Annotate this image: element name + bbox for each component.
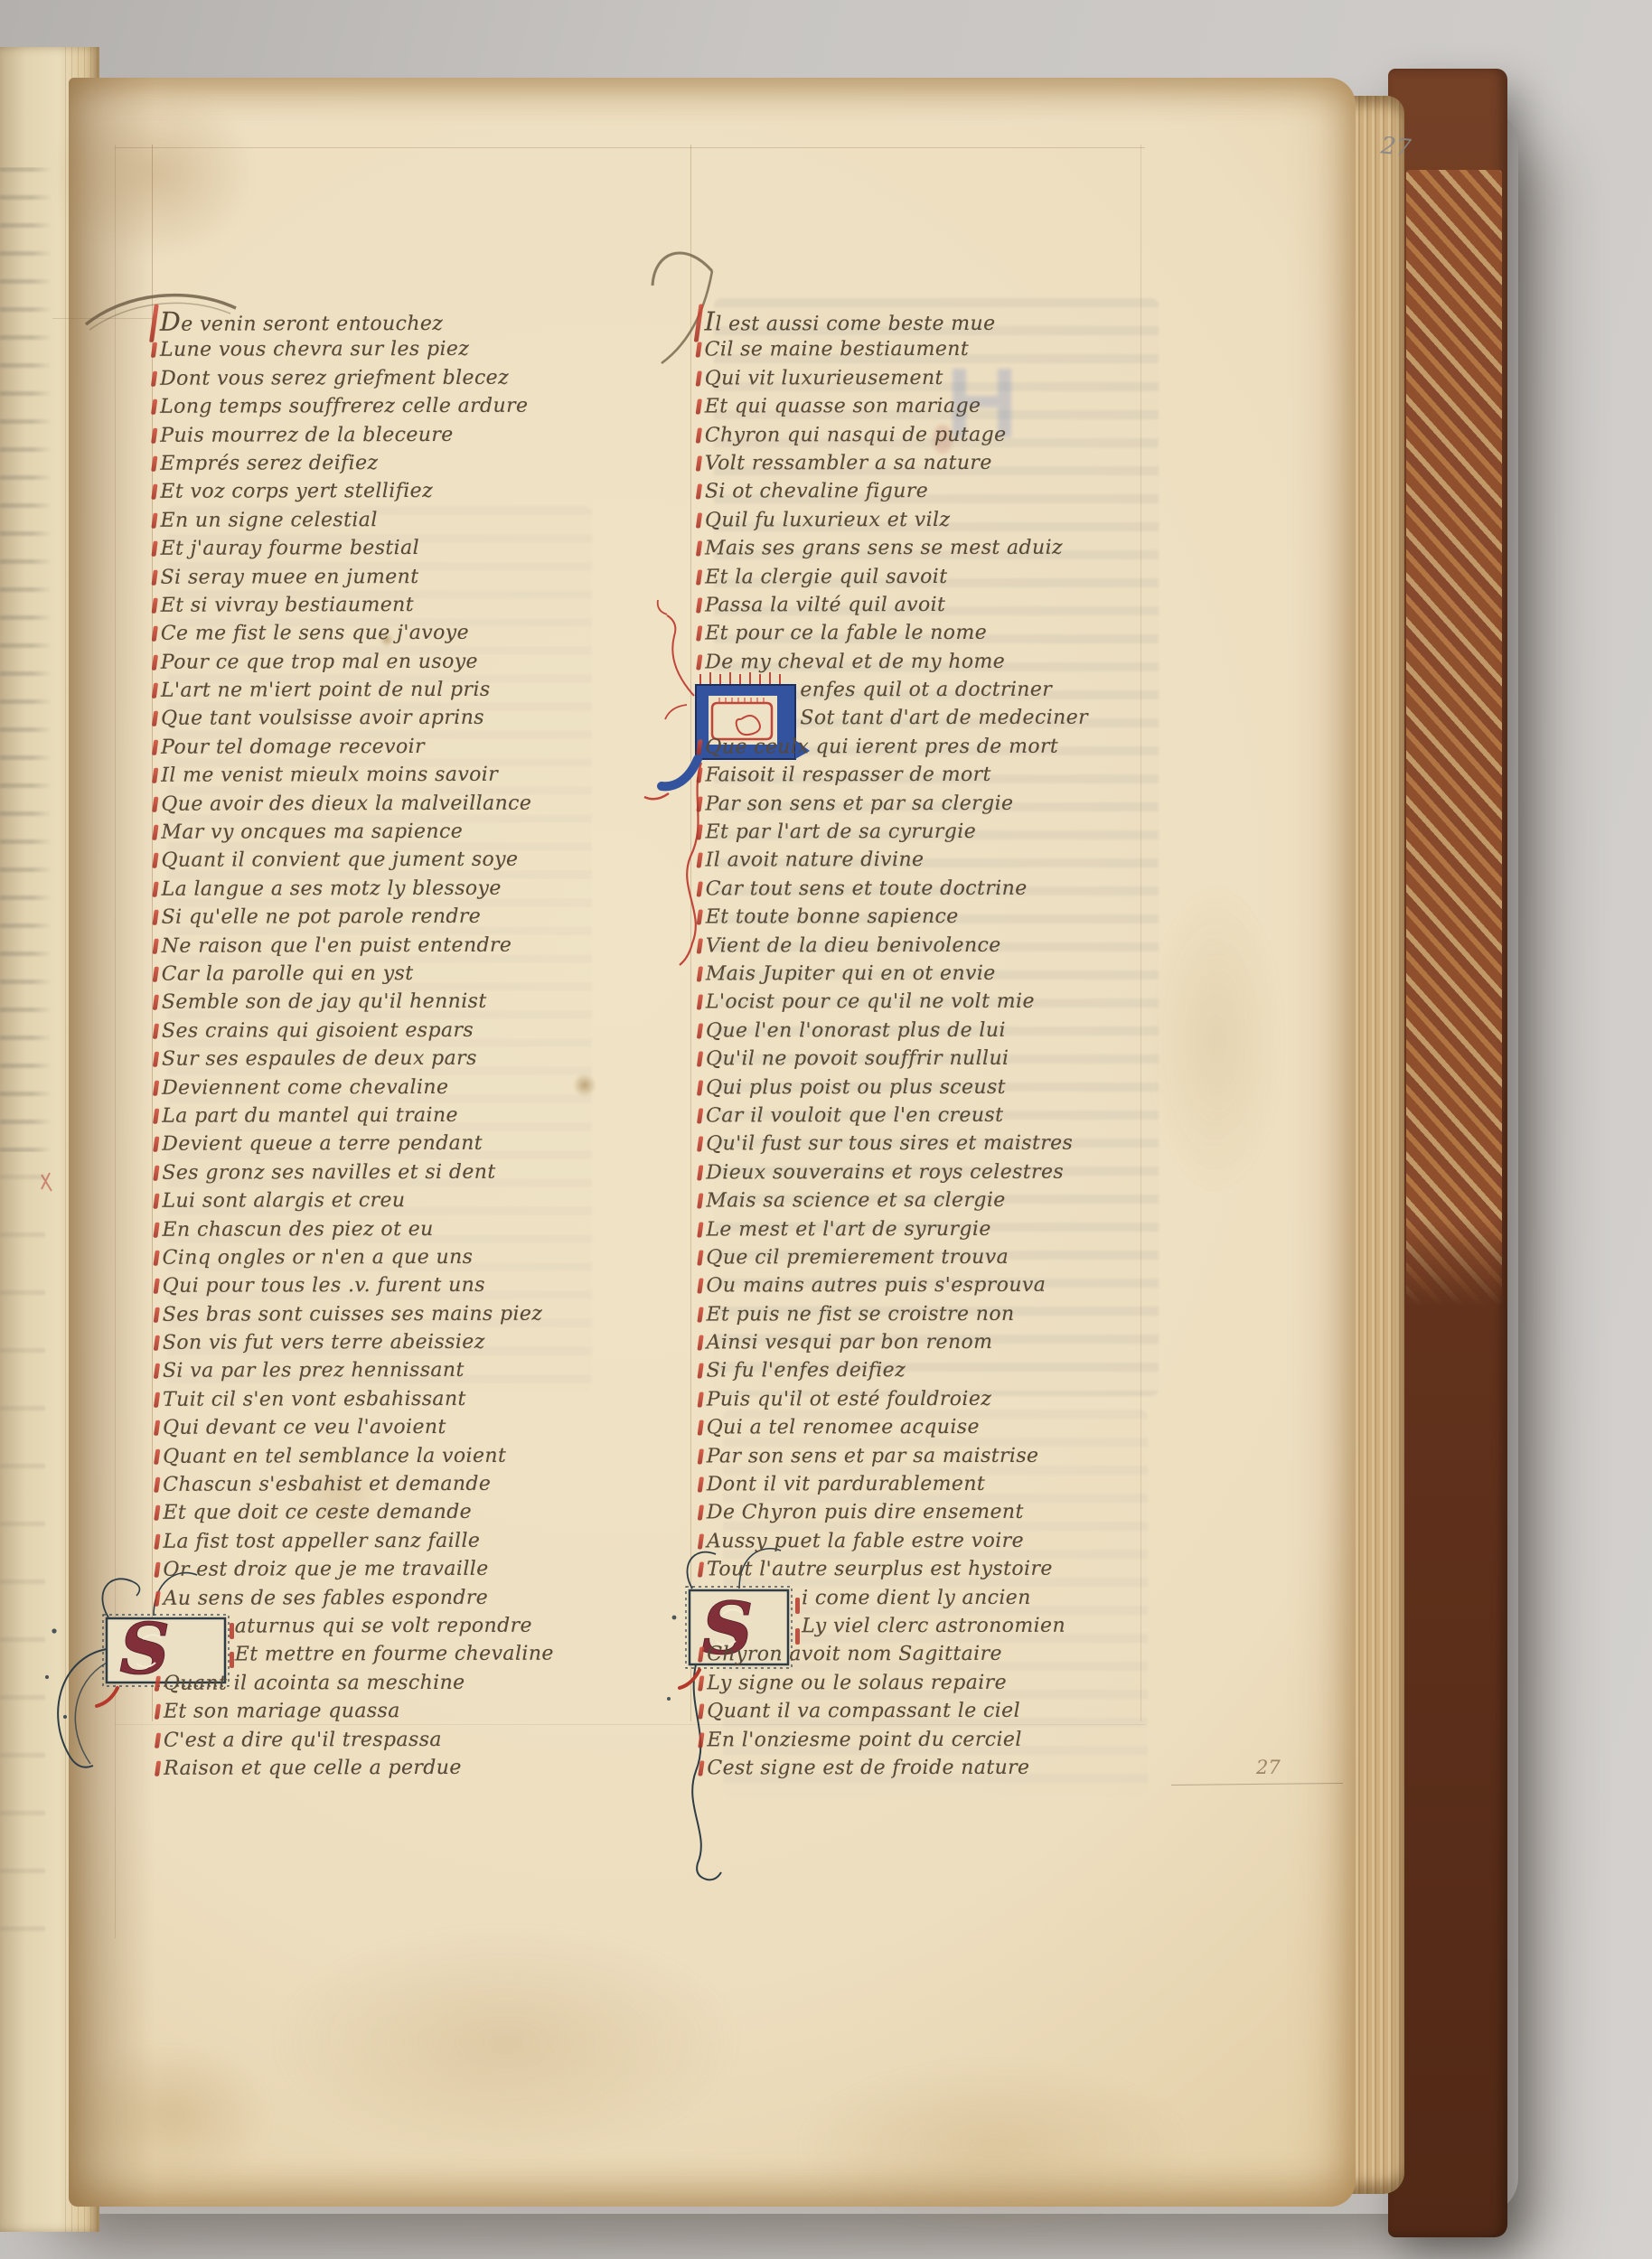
manuscript-line: Par son sens et par sa clergie [698,789,1168,818]
manuscript-line: Car il vouloit que l'en creust [698,1101,1168,1129]
manuscript-line: Long temps souffrerez celle ardure [152,391,685,421]
text-column-right: Il est aussi come beste mueCil se maine … [697,307,1169,1783]
manuscript-line: Quil fu luxurieux et vilz [697,505,1167,534]
manuscript-line: Devient queue a terre pendant [154,1129,687,1159]
manuscript-line: Passa la vilté quil avoit [697,590,1167,619]
manuscript-line: Tuit cil s'en vont esbahissant [155,1384,688,1414]
manuscript-line: Puis qu'il ot esté fouldroiez [699,1384,1169,1413]
folio-number-ink: 27 [1256,1757,1281,1778]
manuscript-line: Or est droiz que je me travaille [155,1554,688,1584]
manuscript-line: Que avoir des dieux la malveillance [153,789,686,819]
manuscript-line: Si ot chevaline figure [697,477,1167,506]
manuscript-line: Ses bras sont cuisses ses mains piez [155,1299,688,1329]
manuscript-line: Volt ressambler a sa nature [697,449,1167,478]
manuscript-line: Qu'il fust sur tous sires et maistres [698,1129,1168,1158]
manuscript-line: C'est a dire qu'il trespassa [155,1725,689,1755]
manuscript-line: En l'onziesme point du cerciel [699,1725,1169,1754]
parchment-stain [795,2060,1193,2232]
manuscript-line: Et toute bonne sapience [698,903,1168,932]
manuscript-line: Au sens de ses fables espondre [155,1583,689,1613]
manuscript-line: La part du mantel qui traine [154,1101,687,1130]
manuscript-line: Emprés serez deifiez [152,448,685,478]
manuscript-line: Tout l'autre seurplus est hystoire [699,1555,1169,1584]
gutter-shadow [69,78,155,2207]
parchment-stain [54,87,253,258]
manuscript-line: Lui sont alargis et creu [154,1186,687,1215]
manuscript-line: Aussy puet la fable estre voire [699,1526,1169,1555]
manuscript-line: Ou mains autres puis s'esprouva [698,1271,1168,1300]
manuscript-line: Et j'auray fourme bestial [153,533,686,563]
manuscript-line: Quant il va compassant le ciel [699,1697,1169,1726]
parchment-stain [271,1925,741,2160]
manuscript-line: Car la parolle qui en yst [154,959,687,989]
manuscript-line: Car tout sens et toute doctrine [698,874,1168,903]
manuscript-line: Sur ses espaules de deux pars [154,1044,687,1073]
manuscript-line: enfes quil ot a doctriner [697,676,1167,705]
manuscript-line: Si va par les prez hennissant [155,1356,688,1386]
manuscript-line: i come dient ly ancien [699,1583,1169,1612]
manuscript-line: Que ceulx qui ierent pres de mort [697,732,1167,761]
manuscript-line: Que tant voulsisse avoir aprins [153,704,686,734]
manuscript-line: Quant en tel semblance la voient [155,1441,688,1471]
manuscript-line: Et pour ce la fable le nome [697,619,1167,648]
manuscript-line: Son vis fut vers terre abeissiez [155,1327,688,1357]
manuscript-line: Faisoit il respasser de mort [697,761,1167,790]
folio-number-pencil: 27 [1380,132,1413,162]
manuscript-line: Pour ce que trop mal en usoye [153,647,686,677]
manuscript-line: Raison et que celle a perdue [155,1753,689,1783]
manuscript-line: Et qui quasse son mariage [697,392,1167,421]
manuscript-line: Ainsi vesqui par bon renom [699,1328,1169,1357]
manuscript-line: Cil se maine bestiaument [697,335,1167,364]
manuscript-line: Qui pour tous les .v. furent uns [155,1271,688,1301]
manuscript-line: Qui plus poist ou plus sceust [698,1073,1168,1101]
manuscript-line: Il avoit nature divine [698,846,1168,875]
manuscript-line: Et par l'art de sa cyrurgie [698,818,1168,847]
manuscript-line: Qui vit luxurieusement [697,363,1167,392]
manuscript-line: Et si vivray bestiaument [153,590,686,620]
manuscript-line: Cest signe est de froide nature [699,1753,1169,1782]
manuscript-line: Et la clergie quil savoit [697,562,1167,591]
manuscript-line: Cinq ongles or n'en a que uns [155,1242,688,1272]
manuscript-line: Ses gronz ses navilles et si dent [154,1158,687,1187]
manuscript-line: Si fu l'enfes deifiez [699,1356,1169,1385]
manuscript-line: Ly signe ou le solaus repaire [699,1668,1169,1697]
manuscript-line: Ce me fist le sens que j'avoye [153,619,686,649]
manuscript-line: Quant il acointa sa meschine [155,1668,689,1698]
manuscript-line: Dont vous serez griefment blecez [152,363,685,393]
manuscript-line: Mais ses grans sens se mest aduiz [697,534,1167,563]
manuscript-line: Ly viel clerc astronomien [699,1612,1169,1641]
manuscript-line: En chascun des piez ot eu [154,1214,687,1244]
manuscript-line: Quant il convient que jument soye [153,846,686,876]
manuscript-line: Vient de la dieu benivolence [698,931,1168,960]
manuscript-line: Que l'en l'onorast plus de lui [698,1016,1168,1045]
manuscript-line: Et mettre en fourme chevaline [155,1640,689,1670]
manuscript-line: Ses crains qui gisoient espars [154,1016,687,1045]
book-cover-pattern [1406,170,1502,1307]
manuscript-line: Et son mariage quassa [155,1696,689,1726]
left-margin-bleedthrough [0,167,52,1152]
manuscript-line: Il me venist mieulx moins savoir [153,760,686,790]
manuscript-line: Puis mourrez de la bleceure [152,420,685,450]
manuscript-line: Qu'il ne povoit souffrir nullui [698,1045,1168,1073]
manuscript-line: Et puis ne fist se croistre non [698,1299,1168,1328]
manuscript-line: Et que doit ce ceste demande [155,1498,688,1528]
manuscript-line: Pour tel domage recevoir [153,732,686,762]
text-column-left: De venin seront entouchezLune vous chevr… [152,306,689,1783]
manuscript-line: Si qu'elle ne pot parole rendre [154,902,687,932]
manuscript-line: Dont il vit pardurablement [699,1470,1169,1499]
manuscript-line: En un signe celestial [152,505,685,535]
manuscript-line: La fist tost appeller sanz faille [155,1526,688,1556]
manuscript-line: De Chyron puis dire ensement [699,1498,1169,1527]
manuscript-line: Chyron qui nasqui de putage [697,420,1167,449]
manuscript-line: Deviennent come chevaline [154,1073,687,1102]
manuscript-line: L'art ne m'iert point de nul pris [153,675,686,705]
manuscript-line: Et voz corps yert stellifiez [152,477,685,507]
manuscript-line: Ne raison que l'en puist entendre [154,931,687,961]
ruling-line [115,147,1145,148]
manuscript-line: La langue a ses motz ly blessoye [154,874,687,904]
manuscript-line: Si seray muee en jument [153,562,686,592]
manuscript-line: Dieux souverains et roys celestres [698,1158,1168,1186]
manuscript-line: Mais sa science et sa clergie [698,1186,1168,1215]
manuscript-line: Le mest et l'art de syrurgie [698,1214,1168,1243]
manuscript-line: Par son sens et par sa maistrise [699,1441,1169,1470]
manuscript-line: Chascun s'esbahist et demande [155,1469,688,1499]
manuscript-line: Chyron avoit nom Sagittaire [699,1640,1169,1669]
manuscript-line: Qui devant ce veu l'avoient [155,1412,688,1442]
parchment-stain [72,2042,271,2187]
manuscript-line: Qui a tel renomee acquise [699,1413,1169,1442]
manuscript-line: aturnus qui se volt repondre [155,1611,689,1641]
manuscript-line: Mar vy oncques ma sapience [153,817,686,847]
manuscript-line: L'ocist pour ce qu'il ne volt mie [698,988,1168,1017]
manuscript-line: De venin seront entouchez [152,306,685,336]
margin-mark [38,1167,56,1198]
parchment-stain [1148,886,1283,1193]
manuscript-line: Semble son de jay qu'il hennist [154,988,687,1017]
manuscript-line: Que cil premierement trouva [698,1242,1168,1271]
manuscript-line: Sot tant d'art de medeciner [697,704,1167,733]
manuscript-line: Lune vous chevra sur les piez [152,335,685,365]
manuscript-line: Mais Jupiter qui en ot envie [698,960,1168,989]
manuscript-line: Il est aussi come beste mue [697,307,1167,336]
manuscript-line: De my cheval et de my home [697,647,1167,676]
